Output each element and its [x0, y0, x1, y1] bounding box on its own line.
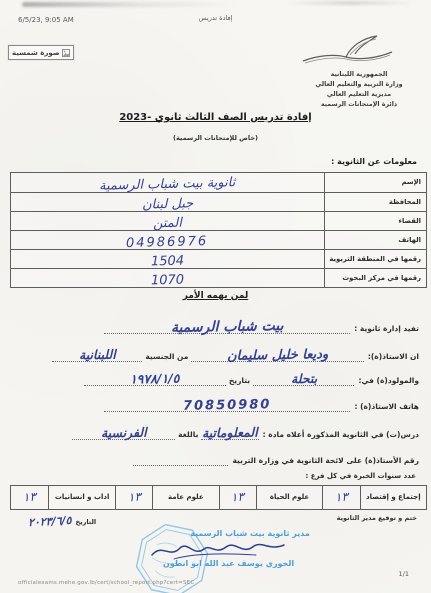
line-mid-label: باللغة	[178, 430, 198, 440]
form-line-birth: والمولود(ة) في: بتحلة بتاريخ ١٩٧٨/١/٥	[12, 366, 419, 386]
line-label: والمولود(ة) في:	[358, 376, 419, 386]
director-name: الخوري يوسف عبد الله ابو انطون	[156, 559, 301, 568]
school-info-heading: معلومات عن الثانوية :	[331, 157, 417, 166]
ministry-header: الجمهورية اللبنانية وزارة التربية والتعل…	[297, 70, 421, 110]
handwritten-value: 04986976	[126, 233, 209, 252]
form-line-school: تفيد إدارة ثانوية : بيت شباب الرسمية	[12, 314, 419, 334]
handwritten-value: ١٩٧٨/١/٥	[130, 372, 180, 386]
line-mid-label: من الجنسية	[145, 352, 188, 362]
table-row: رقمها في مركز البحوث 1070	[11, 268, 426, 287]
handwritten-value: ١٣	[230, 486, 244, 510]
photo-placeholder-label: صورة شمسية	[12, 49, 60, 57]
print-page-title: إفادة تدريس	[0, 14, 431, 22]
page-number: 1/1	[399, 570, 409, 578]
form-line-registry-number: رقم الأستاذ(ة) على لائحة الثانوية في وزا…	[12, 446, 419, 466]
table-row: الإسم ثانوية بيت شباب الرسمية	[11, 173, 426, 192]
branch-value: ١٣	[322, 486, 359, 509]
footer-url: officialexams.mehe.gov.lb/cert/school_re…	[18, 580, 194, 586]
handwritten-value: وديعا خليل سليمان	[227, 348, 328, 363]
line-label: ان الاستاذ(ة):	[368, 352, 419, 362]
table-row: القضاء المتن	[11, 211, 426, 230]
branch-label: علوم عامة	[152, 486, 218, 509]
branch-value: ١٣	[11, 486, 48, 509]
row-value: 1070	[11, 269, 324, 287]
stamp-signature-label: ختم و توقيع مدير الثانوية	[337, 514, 417, 522]
ministry-line: مديرية التعليم العالي	[297, 90, 421, 100]
fill-in-blank	[133, 456, 228, 466]
broken-image-icon	[62, 49, 70, 57]
row-value: جبل لبنان	[11, 193, 324, 211]
scan-artifact	[22, 2, 237, 7]
handwritten-value: ١٣	[22, 486, 36, 510]
open-book-icon	[299, 34, 397, 68]
branch-value: ١٣	[115, 486, 152, 509]
handwritten-value: 1504	[151, 253, 185, 271]
row-value: 1504	[11, 250, 324, 268]
branch-value: ١٣	[219, 486, 256, 509]
branch-label: اداب و انسانيات	[48, 486, 114, 509]
handwritten-date: ٢٠٢٣/٦/٥	[28, 514, 72, 529]
row-label: رقمها في المنطقة التربوية	[324, 250, 426, 268]
photo-placeholder: صورة شمسية	[8, 45, 74, 60]
scanned-document-page: 6/5/23, 9:05 AM إفادة تدريس صورة شمسية ا…	[0, 0, 431, 593]
table-row: المحافظة جبل لبنان	[11, 192, 426, 211]
line-label: درس(ت) في الثانوية المذكورة أعلاه مادة :	[263, 430, 419, 440]
date-label: التاريخ	[75, 518, 96, 526]
row-label: القضاء	[324, 212, 426, 230]
fill-in-blank: 70850980	[104, 399, 350, 412]
fill-in-blank: بيت شباب الرسمية	[104, 321, 350, 334]
line-label: هاتف الاستاذ(ة) :	[354, 402, 419, 412]
table-row: رقمها في المنطقة التربوية 1504	[11, 249, 426, 268]
branch-label: إجتماع و إقتصاد	[360, 486, 426, 509]
stamp-title-text: مدير ثانوية بيت شباب الرسمية	[180, 529, 320, 538]
form-line-subject: درس(ت) في الثانوية المذكورة أعلاه مادة :…	[12, 420, 419, 440]
experience-table: إجتماع و إقتصاد ١٣ علوم الحياة ١٣ علوم ع…	[10, 485, 427, 510]
handwritten-value: جبل لبنان	[142, 195, 194, 213]
handwritten-value: اللبنانية	[79, 348, 116, 362]
row-value: المتن	[11, 212, 324, 230]
form-line-teacher-phone: هاتف الاستاذ(ة) : 70850980	[12, 392, 419, 412]
fill-in-blank: وديعا خليل سليمان	[191, 349, 363, 362]
line-mid-label: بتاريخ	[229, 376, 250, 386]
form-line-teacher-name: ان الاستاذ(ة): وديعا خليل سليمان من الجن…	[12, 342, 419, 362]
ministry-line: وزارة التربية والتعليم العالي	[297, 80, 421, 90]
row-value: 04986976	[11, 231, 324, 249]
document-subtitle: (خاص للإمتحانات الرسمية)	[0, 134, 431, 142]
row-label: رقمها في مركز البحوث	[324, 269, 426, 287]
handwritten-value: ١٣	[127, 486, 141, 510]
handwritten-value: الفرنسية	[101, 426, 147, 440]
handwritten-value: المعلوماتية	[202, 426, 258, 440]
line-label: تفيد إدارة ثانوية :	[354, 324, 419, 334]
concern-section-heading: لمن يهمه الأمر	[0, 291, 431, 301]
handwritten-value: 1070	[151, 272, 185, 290]
handwritten-value: 70850980	[183, 398, 272, 413]
fill-in-blank: اللبنانية	[52, 348, 142, 362]
handwritten-value: ١٣	[334, 486, 348, 510]
fill-in-blank: بتحلة	[253, 372, 354, 386]
fill-in-blank: ١٩٧٨/١/٥	[84, 372, 226, 386]
ministry-line: الجمهورية اللبنانية	[297, 70, 421, 80]
fill-in-blank: الفرنسية	[72, 426, 175, 440]
scan-artifact	[285, 1, 415, 5]
fill-in-blank: المعلوماتية	[201, 426, 258, 440]
document-title: إفادة تدريس الصف الثالث ثانوي -2023	[0, 112, 431, 123]
handwritten-value: بيت شباب الرسمية	[171, 320, 284, 335]
experience-heading: عدد سنوات الخبرة في كل فرع :	[305, 472, 416, 480]
date-field: التاريخ ٢٠٢٣/٦/٥	[28, 515, 96, 528]
handwritten-value: بتحلة	[291, 372, 317, 385]
branch-label: علوم الحياة	[256, 486, 322, 509]
handwritten-value: المتن	[153, 215, 182, 233]
ministry-line: دائرة الإمتحانات الرسمية	[297, 100, 421, 110]
row-label: الهاتف	[324, 231, 426, 249]
table-row: الهاتف 04986976	[11, 230, 426, 249]
line-label: رقم الأستاذ(ة) على لائحة الثانوية في وزا…	[232, 456, 419, 466]
row-label: الإسم	[324, 173, 426, 192]
school-info-table: الإسم ثانوية بيت شباب الرسمية المحافظة ج…	[10, 172, 427, 288]
handwritten-value: ثانوية بيت شباب الرسمية	[99, 174, 236, 195]
row-label: المحافظة	[324, 193, 426, 211]
row-value: ثانوية بيت شباب الرسمية	[11, 173, 324, 192]
